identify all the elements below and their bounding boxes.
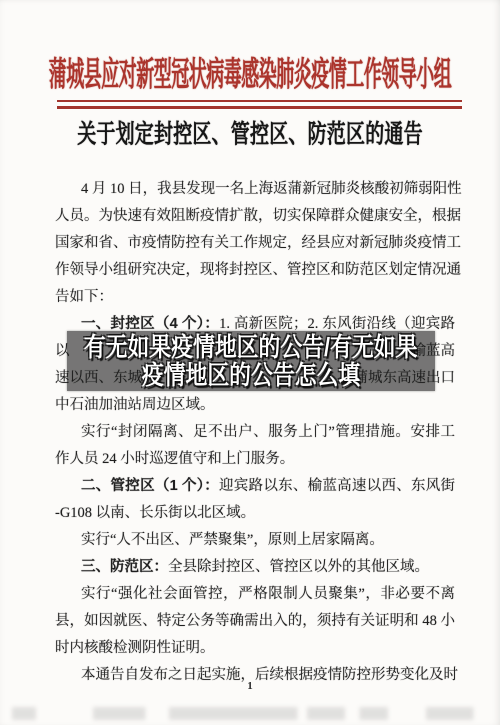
page-number: 1 [0,680,500,692]
section-heading: 一、封控区（4 个）： [81,316,219,332]
body-line: 三、防范区：全县除封控区、管控区以外的其他区域。 [55,554,455,581]
body-line: 4 月 10 日，我县发现一名上海返蒲新冠肺炎核酸初筛弱阳性 [55,176,455,203]
body-segment: 中石油加油站周边区域。 [55,397,215,413]
caption-line-2: 疫情地区的公告怎么填 [142,361,360,390]
body-line: 作人员 24 小时巡逻值守和上门服务。 [55,446,455,473]
body-segment: 全县除封控区、管控区以外的其他区域。 [168,559,429,575]
body-line: 告如下： [55,284,455,311]
body-line: -G108 以南、长乐街以北区域。 [55,500,455,527]
body-line: 作领导小组研究决定，现将封控区、管控区和防范区划定情况通 [55,257,455,284]
caption-line-1: 有无如果疫情地区的公告/有无如果 [84,333,418,362]
body-line: 县，如因就医、特定公务等确需出入的，须持有关证明和 48 小 [55,608,455,635]
body-segment: 实行“强化社会面管控，严格限制人员聚集”，非必要不离 [81,586,455,602]
next-page-ghost-text [12,707,488,720]
body-segment: 迎宾路以东、榆蓝高速以西、东风街 [219,478,455,494]
body-segment: 1. 高新医院；2. 东风街沿线（迎宾路 [219,316,455,332]
overlay-caption: 有无如果疫情地区的公告/有无如果 疫情地区的公告怎么填 [67,331,435,391]
body-text: 4 月 10 日，我县发现一名上海返蒲新冠肺炎核酸初筛弱阳性人员。为快速有效阻断… [55,176,455,689]
body-segment: 国家和省、市疫情防控有关工作规定，经县应对新冠肺炎疫情工 [55,235,461,251]
section-heading: 二、管控区（1 个）： [81,478,219,494]
body-line: 实行“强化社会面管控，严格限制人员聚集”，非必要不离 [55,581,455,608]
body-line: 人员。为快速有效阻断疫情扩散，切实保障群众健康安全，根据 [55,203,455,230]
body-segment: 作领导小组研究决定，现将封控区、管控区和防范区划定情况通 [55,262,461,278]
body-segment: 人员。为快速有效阻断疫情扩散，切实保障群众健康安全，根据 [55,208,461,224]
header-org-title: 蒲城县应对新型冠状病毒感染肺炎疫情工作领导小组 [0,56,500,93]
body-line: 时内核酸检测阴性证明。 [55,635,455,662]
body-segment: 实行“人不出区、严禁聚集”，原则上居家隔离。 [81,532,384,548]
body-line: 二、管控区（1 个）：迎宾路以东、榆蓝高速以西、东风街 [55,473,455,500]
body-segment: 县，如因就医、特定公务等确需出入的，须持有关证明和 48 小 [55,613,455,629]
body-line: 实行“封闭隔离、足不出户、服务上门”管理措施。安排工 [55,419,455,446]
body-segment: 作人员 24 小时巡逻值守和上门服务。 [55,451,294,467]
body-segment: -G108 以南、长乐街以北区域。 [55,505,255,521]
body-line: 国家和省、市疫情防控有关工作规定，经县应对新冠肺炎疫情工 [55,230,455,257]
body-line: 实行“人不出区、严禁聚集”，原则上居家隔离。 [55,527,455,554]
document-page: 蒲城县应对新型冠状病毒感染肺炎疫情工作领导小组 关于划定封控区、管控区、防范区的… [0,0,500,725]
body-segment: 时内核酸检测阴性证明。 [55,640,215,656]
notice-title: 关于划定封控区、管控区、防范区的通告 [0,121,500,151]
body-line: 中石油加油站周边区域。 [55,392,455,419]
header-divider [57,100,462,109]
body-segment: 告如下： [55,289,113,305]
section-heading: 三、防范区： [81,559,168,575]
body-segment: 实行“封闭隔离、足不出户、服务上门”管理措施。安排工 [81,424,455,440]
body-segment: 4 月 10 日，我县发现一名上海返蒲新冠肺炎核酸初筛弱阳性 [81,181,462,197]
